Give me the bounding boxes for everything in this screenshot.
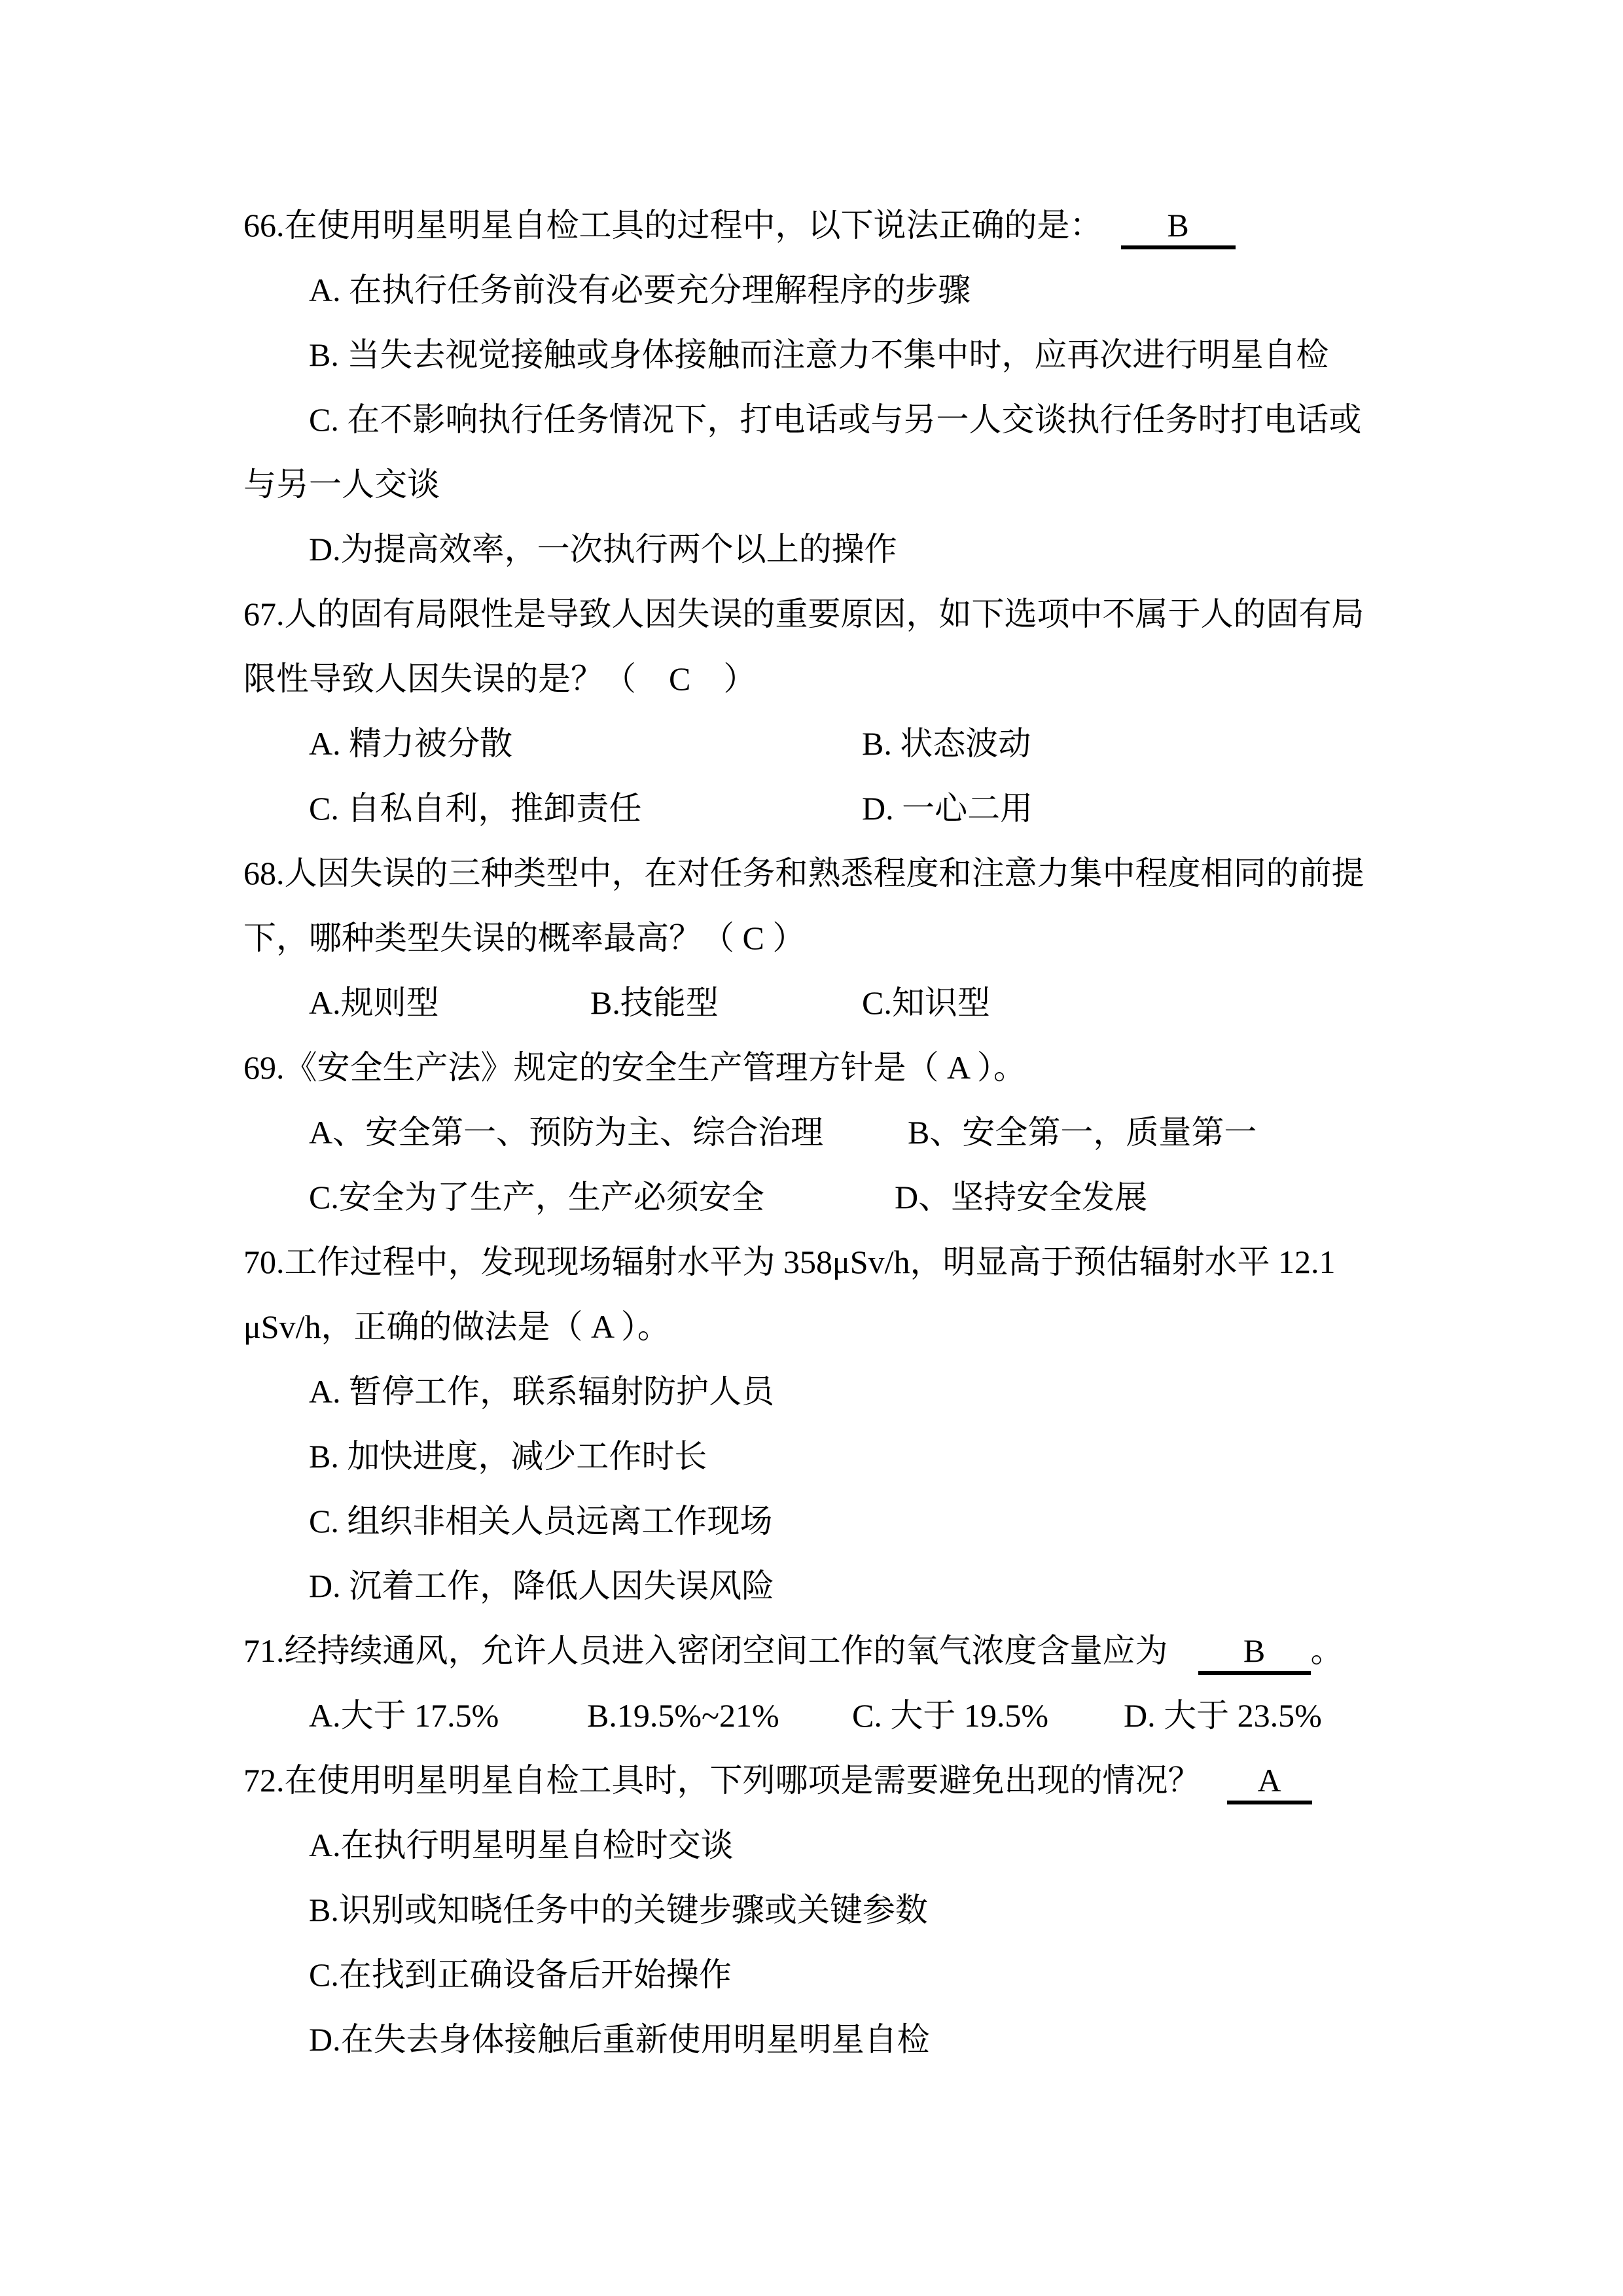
q68-stem-line2: 下，哪种类型失误的概率最高？（ C ）: [243, 906, 1427, 971]
q72-option-b: B.识别或知晓任务中的关键步骤或关键参数: [309, 1878, 1427, 1943]
q72-option-a: A.在执行明星明星自检时交谈: [309, 1813, 1427, 1878]
q69-options-row-2: C.安全为了生产，生产必须安全 D、坚持安全发展: [309, 1165, 1427, 1230]
question-70: 70.工作过程中，发现现场辐射水平为 358μSv/h，明显高于预估辐射水平 1…: [243, 1230, 1427, 1619]
q67-option-c: C. 自私自利，推卸责任: [309, 776, 862, 841]
q71-option-d: D. 大于 23.5%: [1124, 1683, 1427, 1748]
q70-option-b: B. 加快进度，减少工作时长: [309, 1424, 1427, 1489]
question-67: 67.人的固有局限性是导致人因失误的重要原因，如下选项中不属于人的固有局 限性导…: [243, 582, 1427, 841]
q71-stem-period: 。: [1311, 1632, 1344, 1669]
q71-stem-text: 71.经持续通风，允许人员进入密闭空间工作的氧气浓度含量应为: [243, 1632, 1168, 1669]
document-page: 66.在使用明星明星自检工具的过程中，以下说法正确的是：B A. 在执行任务前没…: [0, 0, 1623, 2296]
q66-option-c-line1: C. 在不影响执行任务情况下，打电话或与另一人交谈执行任务时打电话或: [309, 387, 1427, 452]
q70-stem-line1: 70.工作过程中，发现现场辐射水平为 358μSv/h，明显高于预估辐射水平 1…: [243, 1230, 1427, 1295]
q67-options-row-1: A. 精力被分散 B. 状态波动: [309, 711, 1427, 776]
q72-stem-line: 72.在使用明星明星自检工具时，下列哪项是需要避免出现的情况？A: [243, 1748, 1427, 1813]
q66-stem-text: 66.在使用明星明星自检工具的过程中，以下说法正确的是：: [243, 207, 1103, 243]
q71-option-c: C. 大于 19.5%: [852, 1683, 1124, 1748]
q72-answer-blank: A: [1227, 1760, 1312, 1804]
q68-option-b: B.技能型: [590, 971, 862, 1035]
q70-stem-line2: μSv/h，正确的做法是（ A ）。: [243, 1295, 1427, 1359]
q69-options-row-1: A、安全第一、预防为主、综合治理 B、安全第一，质量第一: [309, 1100, 1427, 1165]
q69-stem-line: 69.《安全生产法》规定的安全生产管理方针是（ A ）。: [243, 1035, 1427, 1100]
q70-option-a: A. 暂停工作，联系辐射防护人员: [309, 1359, 1427, 1424]
q69-option-a: A、安全第一、预防为主、综合治理: [309, 1100, 908, 1165]
q68-option-c: C.知识型: [862, 971, 1427, 1035]
q66-option-b: B. 当失去视觉接触或身体接触而注意力不集中时，应再次进行明星自检: [309, 323, 1427, 387]
q67-option-a: A. 精力被分散: [309, 711, 862, 776]
question-66: 66.在使用明星明星自检工具的过程中，以下说法正确的是：B A. 在执行任务前没…: [243, 193, 1427, 582]
q66-answer-blank: B: [1121, 205, 1236, 249]
q69-option-d: D、坚持安全发展: [895, 1165, 1427, 1230]
q69-option-b: B、安全第一，质量第一: [908, 1100, 1427, 1165]
q71-answer-blank: B: [1198, 1630, 1311, 1675]
q66-option-a: A. 在执行任务前没有必要充分理解程序的步骤: [309, 258, 1427, 323]
q71-stem-line: 71.经持续通风，允许人员进入密闭空间工作的氧气浓度含量应为B。: [243, 1619, 1427, 1683]
question-69: 69.《安全生产法》规定的安全生产管理方针是（ A ）。 A、安全第一、预防为主…: [243, 1035, 1427, 1230]
q71-option-b: B.19.5%~21%: [587, 1683, 852, 1748]
question-71: 71.经持续通风，允许人员进入密闭空间工作的氧气浓度含量应为B。 A.大于 17…: [243, 1619, 1427, 1748]
q67-options-row-2: C. 自私自利，推卸责任 D. 一心二用: [309, 776, 1427, 841]
q66-option-d: D.为提高效率，一次执行两个以上的操作: [309, 517, 1427, 582]
q71-option-a: A.大于 17.5%: [309, 1683, 587, 1748]
q72-stem-text: 72.在使用明星明星自检工具时，下列哪项是需要避免出现的情况？: [243, 1762, 1201, 1799]
q72-option-d: D.在失去身体接触后重新使用明星明星自检: [309, 2007, 1427, 2072]
q66-option-c-line2: 与另一人交谈: [243, 452, 1427, 517]
q71-options-row: A.大于 17.5% B.19.5%~21% C. 大于 19.5% D. 大于…: [309, 1683, 1427, 1748]
q67-stem-line1: 67.人的固有局限性是导致人因失误的重要原因，如下选项中不属于人的固有局: [243, 582, 1427, 647]
q70-option-d: D. 沉着工作，降低人因失误风险: [309, 1554, 1427, 1619]
q67-option-b: B. 状态波动: [862, 711, 1427, 776]
q68-stem-line1: 68.人因失误的三种类型中，在对任务和熟悉程度和注意力集中程度相同的前提: [243, 841, 1427, 906]
q68-option-a: A.规则型: [309, 971, 590, 1035]
q67-option-d: D. 一心二用: [862, 776, 1427, 841]
q72-option-c: C.在找到正确设备后开始操作: [309, 1943, 1427, 2007]
question-72: 72.在使用明星明星自检工具时，下列哪项是需要避免出现的情况？A A.在执行明星…: [243, 1748, 1427, 2072]
q66-stem-line: 66.在使用明星明星自检工具的过程中，以下说法正确的是：B: [243, 193, 1427, 258]
q69-option-c: C.安全为了生产，生产必须安全: [309, 1165, 895, 1230]
q70-option-c: C. 组织非相关人员远离工作现场: [309, 1489, 1427, 1554]
question-68: 68.人因失误的三种类型中，在对任务和熟悉程度和注意力集中程度相同的前提 下，哪…: [243, 841, 1427, 1035]
q67-stem-line2: 限性导致人因失误的是？（ C ）: [243, 647, 1427, 711]
q68-options-row: A.规则型 B.技能型 C.知识型: [309, 971, 1427, 1035]
